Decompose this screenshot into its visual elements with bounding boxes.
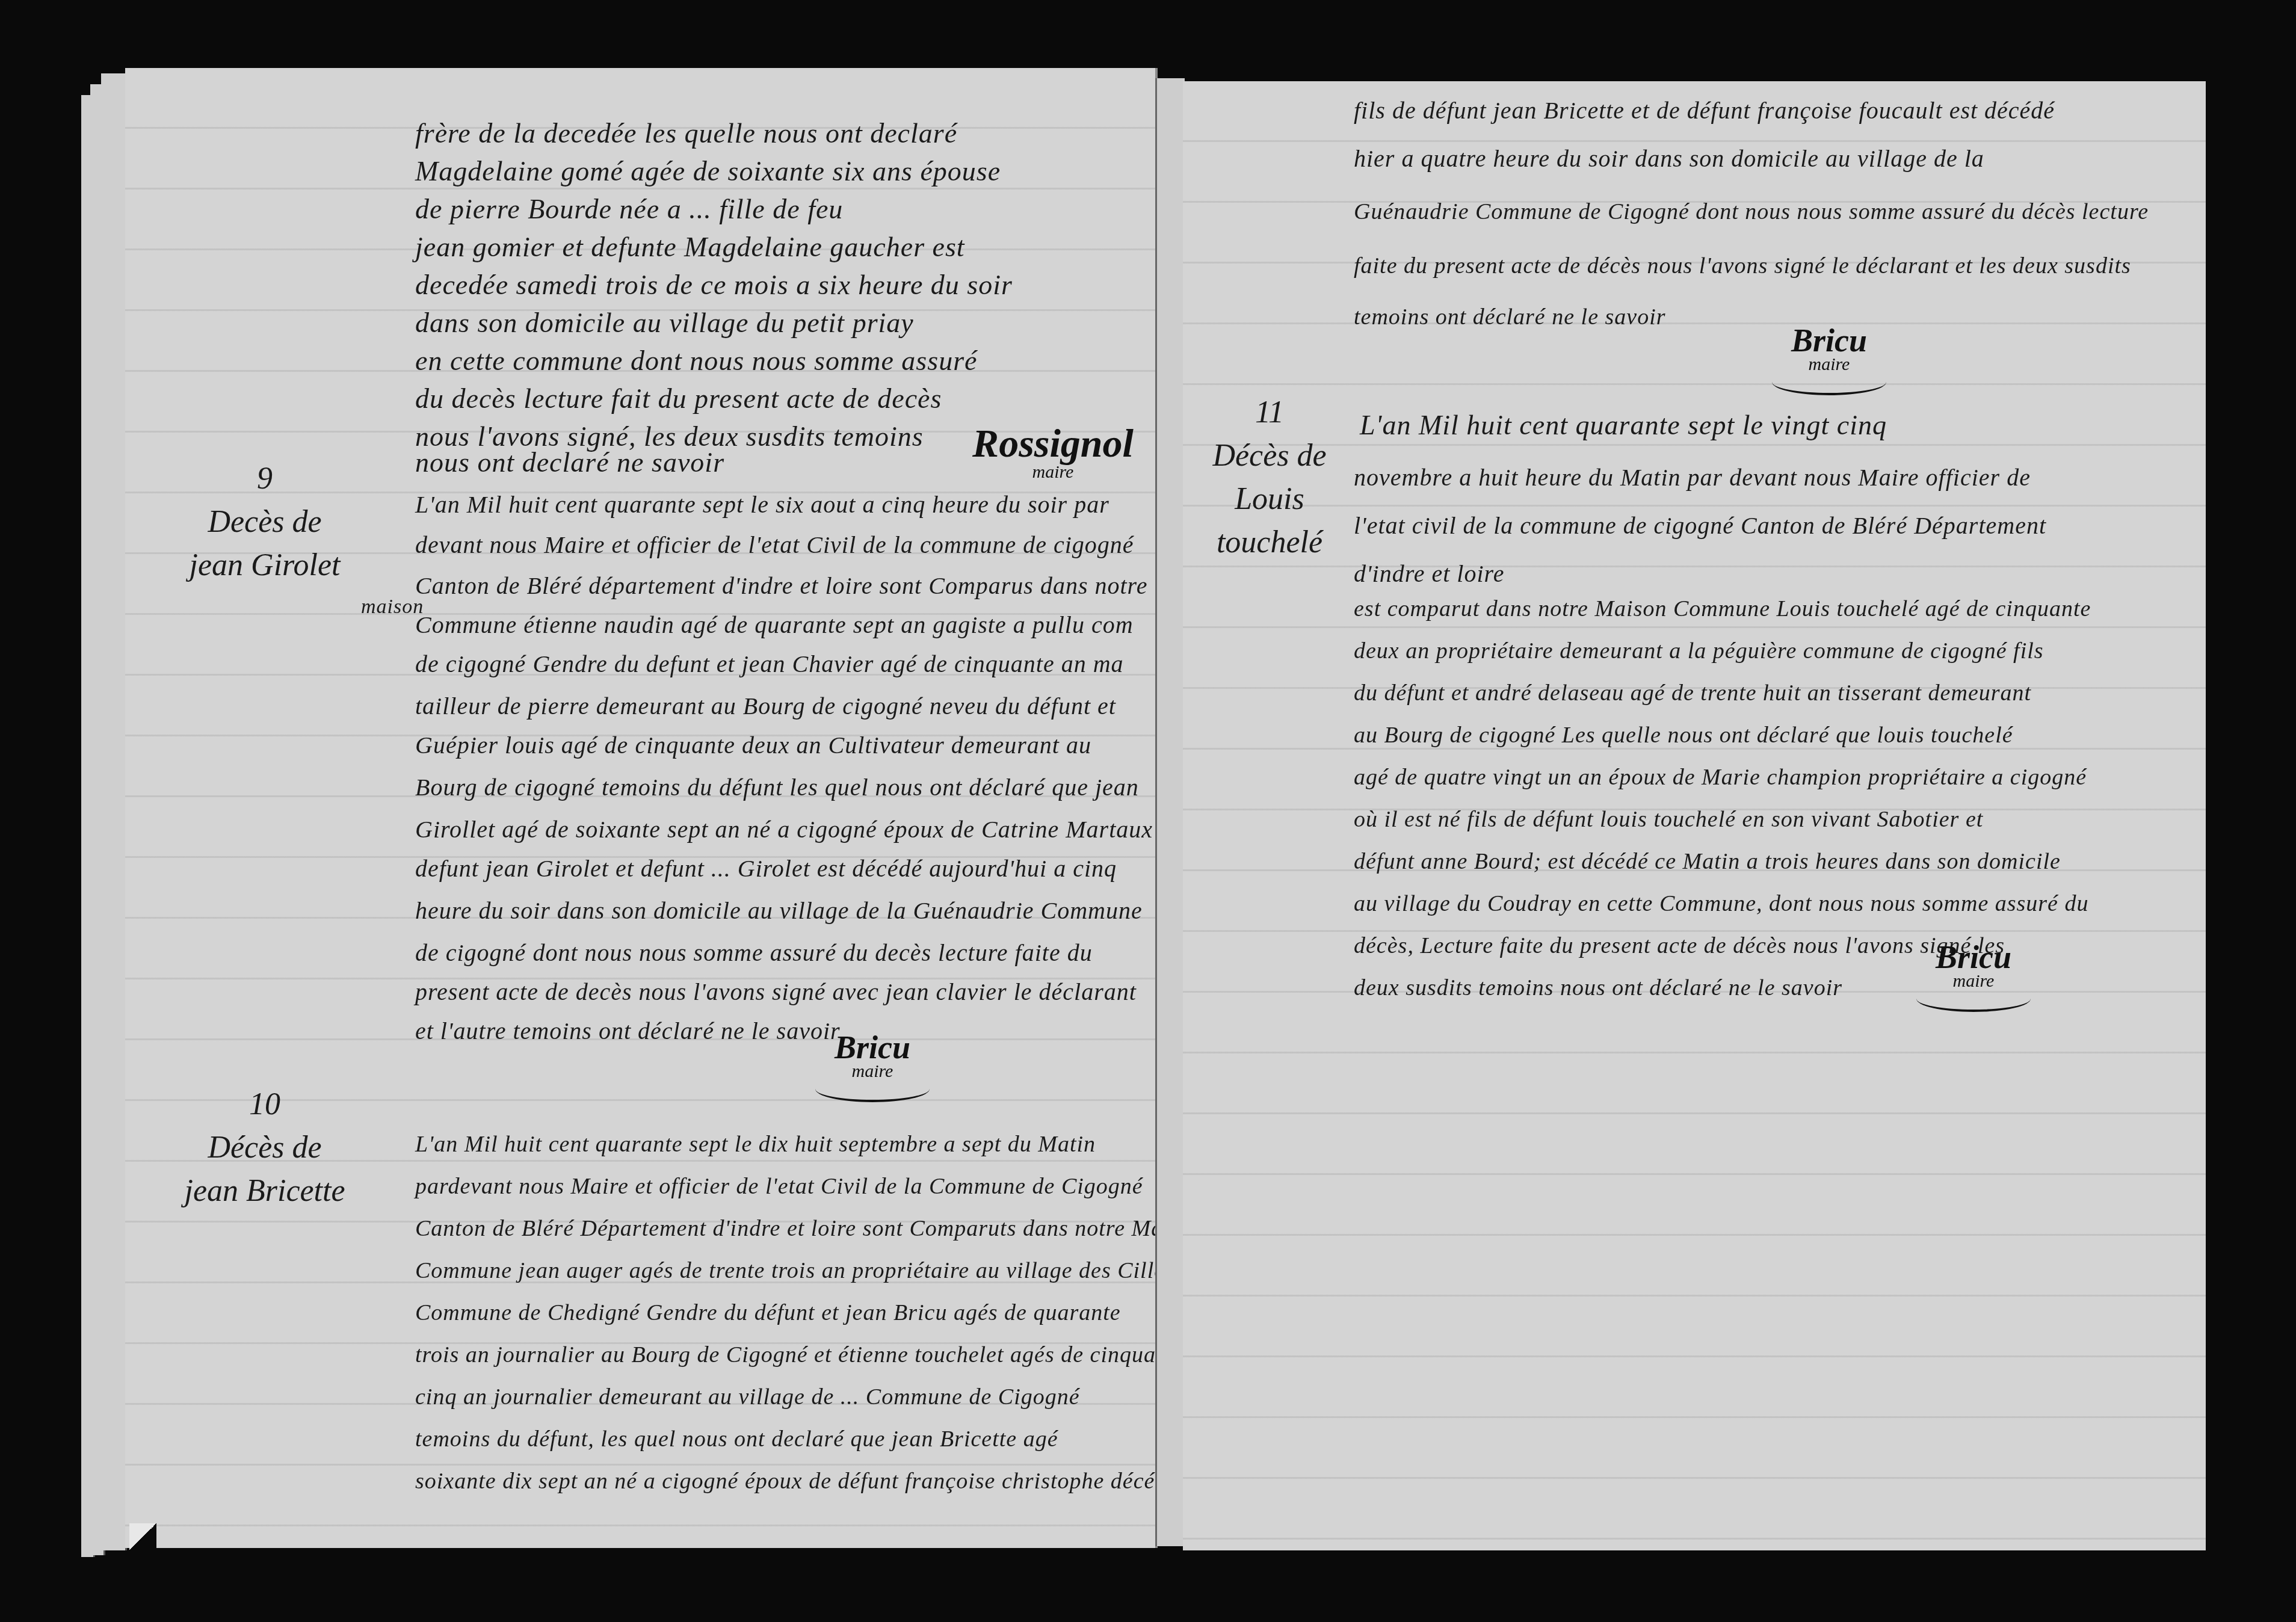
text-line: Canton de Bléré Département d'indre et l… — [415, 1215, 1204, 1242]
entry-10-margin: 10 Décès de jean Bricette — [174, 1083, 355, 1213]
entry-title: Décès de — [174, 1126, 355, 1170]
signature-bricu: Bricu maire — [1901, 939, 2046, 1012]
text-line: present acte de decès nous l'avons signé… — [415, 978, 1137, 1006]
text-line: en cette commune dont nous nous somme as… — [415, 345, 977, 377]
text-line: où il est né fils de défunt louis touche… — [1354, 806, 1983, 833]
text-line: Canton de Bléré département d'indre et l… — [415, 572, 1147, 600]
text-line: Girollet agé de soixante sept an né a ci… — [415, 815, 1222, 843]
signature-name: Bricu — [1901, 939, 2046, 976]
text-line: de cigogné Gendre du defunt et jean Chav… — [415, 650, 1124, 678]
text-line: au Bourg de cigogné Les quelle nous ont … — [1354, 722, 2013, 748]
text-line: de cigogné dont nous nous somme assuré d… — [415, 939, 1093, 967]
corner-fold — [129, 1523, 156, 1550]
text-line: defunt jean Girolet et defunt ... Girole… — [415, 854, 1117, 883]
entry-11-margin: 11 Décès de Louis touchelé — [1191, 391, 1348, 564]
signature-name: Rossignol — [945, 421, 1161, 467]
text-line: devant nous Maire et officier de l'etat … — [415, 531, 1134, 559]
text-line: Commune étienne naudin agé de quarante s… — [415, 611, 1134, 639]
text-line: nous ont declaré ne savoir — [415, 446, 724, 478]
text-line: défunt anne Bourd; est décédé ce Matin a… — [1354, 848, 2061, 875]
text-line: Commune de Chedigné Gendre du défunt et … — [415, 1300, 1121, 1326]
text-line: Magdelaine gomé agée de soixante six ans… — [415, 155, 1001, 187]
text-line: L'an Mil huit cent quarante sept le six … — [415, 490, 1109, 519]
text-line: hier a quatre heure du soir dans son dom… — [1354, 144, 1984, 173]
text-line: heure du soir dans son domicile au villa… — [415, 896, 1143, 925]
signature-bricu: Bricu maire — [800, 1029, 945, 1102]
signature-bricu: Bricu maire — [1757, 322, 1901, 395]
entry-number: 11 — [1191, 391, 1348, 434]
text-line: et l'autre temoins ont déclaré ne le sav… — [415, 1017, 841, 1045]
entry-title: Decès de — [174, 501, 355, 544]
text-line: Guépier louis agé de cinquante deux an C… — [415, 731, 1091, 759]
text-line: tailleur de pierre demeurant au Bourg de… — [415, 692, 1116, 720]
text-line: l'etat civil de la commune de cigogné Ca… — [1354, 511, 2046, 540]
page-stack-edge — [101, 73, 127, 1550]
text-line: soixante dix sept an né a cigogné époux … — [415, 1468, 1188, 1494]
margin-insert: maison — [361, 596, 424, 618]
text-line: L'an Mil huit cent quarante sept le ving… — [1360, 409, 1887, 441]
text-line: est comparut dans notre Maison Commune L… — [1354, 596, 2091, 622]
text-line: deux susdits temoins nous ont déclaré ne… — [1354, 975, 1842, 1001]
entry-number: 10 — [174, 1083, 355, 1126]
text-line: d'indre et loire — [1354, 560, 1504, 588]
text-line: du défunt et andré delaseau agé de trent… — [1354, 680, 2031, 706]
text-line: pardevant nous Maire et officier de l'et… — [415, 1173, 1143, 1200]
text-line: du decès lecture fait du present acte de… — [415, 383, 942, 415]
gutter-strip — [1155, 78, 1185, 1546]
text-line: novembre a huit heure du Matin par devan… — [1354, 463, 2031, 492]
text-line: agé de quatre vingt un an époux de Marie… — [1354, 764, 2087, 791]
text-line: fils de défunt jean Bricette et de défun… — [1354, 96, 2055, 125]
entry-name: jean Bricette — [174, 1170, 355, 1213]
text-line: dans son domicile au village du petit pr… — [415, 307, 914, 339]
text-line: Guénaudrie Commune de Cigogné dont nous … — [1354, 199, 2149, 225]
text-line: L'an Mil huit cent quarante sept le dix … — [415, 1131, 1096, 1158]
entry-name: jean Girolet — [174, 544, 355, 587]
text-line: Commune jean auger agés de trente trois … — [415, 1257, 1165, 1284]
signature-rossignol: Rossignol maire — [945, 421, 1161, 483]
text-line: cinq an journalier demeurant au village … — [415, 1384, 1080, 1410]
text-line: temoins du défunt, les quel nous ont dec… — [415, 1426, 1058, 1452]
text-line: decedée samedi trois de ce mois a six he… — [415, 269, 1013, 301]
entry-number: 9 — [174, 457, 355, 501]
entry-title: Décès de — [1191, 434, 1348, 478]
text-line: de pierre Bourde née a ... fille de feu — [415, 193, 843, 225]
text-line: Bourg de cigogné temoins du défunt les q… — [415, 773, 1139, 801]
text-line: temoins ont déclaré ne le savoir — [1354, 304, 1666, 330]
text-line: frère de la decedée les quelle nous ont … — [415, 117, 957, 149]
signature-name: Bricu — [800, 1029, 945, 1066]
signature-name: Bricu — [1757, 322, 1901, 359]
entry-9-margin: 9 Decès de jean Girolet — [174, 457, 355, 587]
text-line: trois an journalier au Bourg de Cigogné … — [415, 1342, 1185, 1368]
entry-name: Louis touchelé — [1191, 478, 1348, 564]
text-line: jean gomier et defunte Magdelaine gauche… — [415, 231, 965, 263]
text-line: faite du present acte de décès nous l'av… — [1354, 253, 2131, 279]
text-line: deux an propriétaire demeurant a la pégu… — [1354, 638, 2044, 664]
text-line: au village du Coudray en cette Commune, … — [1354, 890, 2089, 917]
